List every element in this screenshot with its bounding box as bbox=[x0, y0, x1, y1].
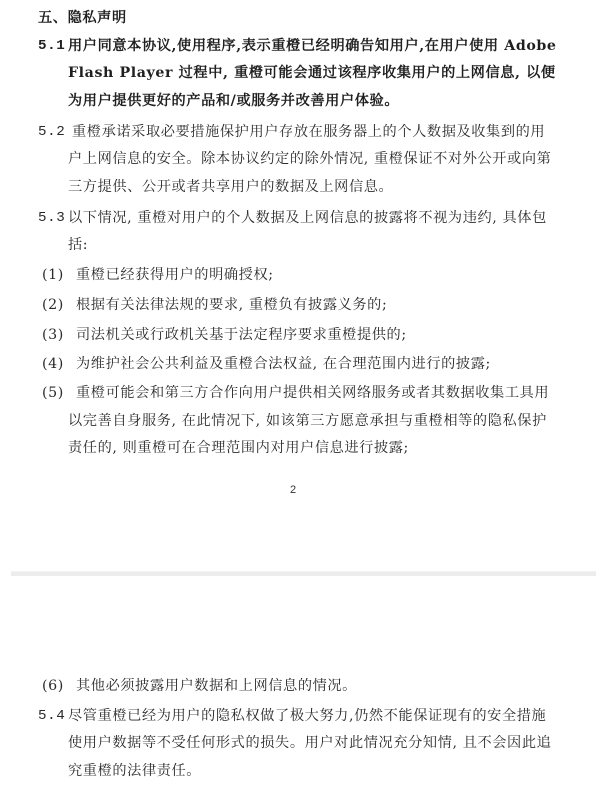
clause-5-2-line-1: 重橙承诺采取必要措施保护用户存放在服务器上的个人数据及收集到的用 bbox=[72, 123, 545, 141]
document-page-upper: 五、隐私声明 5.1 用户同意本协议,使用程序,表示重橙已经明确告知用户,在用户… bbox=[0, 0, 600, 570]
list-item-5-line-3: 责任的, 则重橙可在合理范围内对用户信息进行披露; bbox=[68, 439, 409, 457]
list-item-marker-6: (6) bbox=[42, 677, 64, 695]
clause-number-5-3: 5.3 bbox=[38, 209, 65, 227]
list-item-2: 根据有关法律法规的要求, 重橙负有披露义务的; bbox=[76, 296, 387, 314]
list-item-4: 为维护社会公共利益及重橙合法权益, 在合理范围内进行的披露; bbox=[76, 355, 491, 373]
list-item-marker-5: (5) bbox=[42, 384, 64, 402]
list-item-marker-3: (3) bbox=[42, 326, 64, 344]
list-item-6: 其他必须披露用户数据和上网信息的情况。 bbox=[76, 677, 357, 695]
list-item-3: 司法机关或行政机关基于法定程序要求重橙提供的; bbox=[76, 326, 407, 344]
clause-5-4-line-3: 究重橙的法律责任。 bbox=[68, 762, 201, 780]
clause-5-1-line-3: 为用户提供更好的产品和/或服务并改善用户体验。 bbox=[68, 92, 399, 110]
clause-5-2-line-2: 户上网信息的安全。除本协议约定的除外情况, 重橙保证不对外公开或向第 bbox=[68, 150, 551, 168]
list-item-5-line-2: 以完善自身服务, 在此情况下, 如该第三方愿意承担与重橙相等的隐私保护 bbox=[68, 412, 547, 430]
list-item-1: 重橙已经获得用户的明确授权; bbox=[76, 266, 274, 284]
clause-5-3-line-1: 以下情况, 重橙对用户的个人数据及上网信息的披露将不视为违约, 具体包 bbox=[68, 209, 547, 227]
page-number: 2 bbox=[290, 484, 296, 496]
list-item-marker-4: (4) bbox=[42, 355, 64, 373]
document-page-lower: (6) 其他必须披露用户数据和上网信息的情况。 5.4 尽管重橙已经为用户的隐私… bbox=[0, 576, 600, 793]
list-item-5-line-1: 重橙可能会和第三方合作向用户提供相关网络服务或者其数据收集工具用 bbox=[76, 384, 549, 402]
clause-5-1-line-1: 用户同意本协议,使用程序,表示重橙已经明确告知用户,在用户使用 Adobe bbox=[68, 37, 557, 55]
clause-number-5-1: 5.1 bbox=[38, 37, 65, 55]
clause-5-1-line-2: Flash Player 过程中, 重橙可能会通过该程序收集用户的上网信息, 以… bbox=[68, 64, 556, 82]
list-item-marker-1: (1) bbox=[42, 266, 64, 284]
list-item-marker-2: (2) bbox=[42, 296, 64, 314]
clause-number-5-4: 5.4 bbox=[38, 707, 65, 725]
clause-number-5-2: 5.2 bbox=[38, 123, 65, 141]
section-heading: 五、隐私声明 bbox=[38, 9, 127, 27]
clause-5-4-line-1: 尽管重橙已经为用户的隐私权做了极大努力,仍然不能保证现有的安全措施 bbox=[68, 707, 546, 725]
clause-5-3-line-2: 括: bbox=[68, 236, 88, 254]
clause-5-4-line-2: 使用户数据等不受任何形式的损失。用户对此情况充分知情, 且不会因此追 bbox=[68, 734, 551, 752]
clause-5-2-line-3: 三方提供、公开或者共享用户的数据及上网信息。 bbox=[68, 178, 393, 196]
